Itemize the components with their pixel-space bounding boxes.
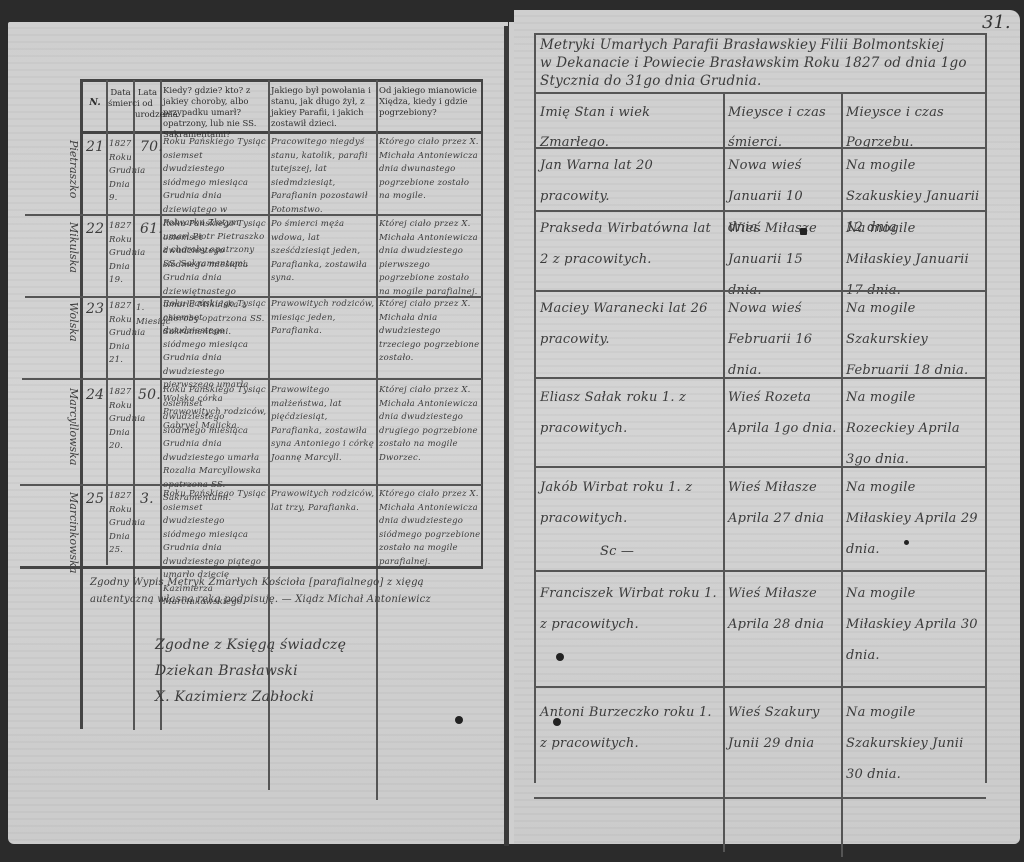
margin-surname: Pietraszko xyxy=(67,140,80,198)
table-right-border xyxy=(985,33,987,783)
title-line-2: w Dekanacie i Powiecie Brasławskim Roku … xyxy=(540,54,985,72)
entry-name: Jan Warna lat 20 pracowity. xyxy=(540,150,720,212)
entry-number: 24 xyxy=(86,384,104,406)
entry-number: 25 xyxy=(86,488,104,510)
entry-age: 61. xyxy=(140,218,163,240)
entry-burial: Której ciało przez X. Michała dnia dwudz… xyxy=(379,298,481,366)
entry-burial: Której ciało przez X. Michała Antoniewic… xyxy=(379,384,481,465)
attestation-signature: X. Kazimierz Zabłocki xyxy=(155,684,314,710)
header-burial: Od jakiego mianowicie Xiędza, kiedy i gd… xyxy=(379,86,481,119)
entry-occupation: Prawowitych rodziców, miesiąc jeden, Par… xyxy=(271,298,375,339)
attestation-line-2: Dziekan Brasławski xyxy=(155,658,298,684)
margin-surname: Wolska xyxy=(67,302,80,342)
margin-surname: Mikulska xyxy=(67,222,80,273)
row-divider xyxy=(534,377,986,379)
ink-blot xyxy=(553,718,561,726)
entry-burial: Którego ciało przez X. Michała Antoniewi… xyxy=(379,488,481,569)
entry-burial: Którego ciało przez X. Michała Antoniewi… xyxy=(379,136,481,204)
entry-place-death: Wieś Szakury Junii 29 dnia xyxy=(728,697,838,759)
ink-blot xyxy=(800,228,807,235)
entry-date: 1827 Roku Grudnia Dnia 20. xyxy=(109,386,133,454)
entry-name: Prakseda Wirbatówna lat 2 z pracowitych. xyxy=(540,213,720,275)
ink-blot xyxy=(556,653,564,661)
entry-name: Eliasz Sałak roku 1. z pracowitych. xyxy=(540,382,720,444)
header-name-status-age: Imię Stan i wiek Zmarłego. xyxy=(540,98,720,158)
header-place-time-burial: Mieysce i czas Pogrzebu. xyxy=(846,98,982,158)
entry-place-death: Wieś Miłasze Aprila 27 dnia xyxy=(728,472,838,534)
entry-occupation: Po śmierci męża wdowa, lat sześćdziesiąt… xyxy=(271,218,375,286)
table-bottom-border xyxy=(534,797,986,799)
entry-number: 21 xyxy=(86,136,104,158)
entry-name: Franciszek Wirbat roku 1. z pracowitych. xyxy=(540,578,720,640)
header-date-of-death: Data śmierci xyxy=(108,88,133,110)
ink-blot xyxy=(455,716,463,724)
title-box-bottom xyxy=(534,92,986,94)
table-left-border xyxy=(80,79,83,729)
entry-age: 3. xyxy=(140,488,154,510)
attestation-line-1: Zgodne z Księgą świadczę xyxy=(155,632,346,658)
header-age: Lata od urodzenia xyxy=(135,88,160,121)
entry-place-burial: Na mogile Miłaskiey Aprila 30 dnia. xyxy=(846,578,982,671)
margin-surname: Marcinkowska xyxy=(67,492,80,573)
header-bottom-border xyxy=(82,131,482,134)
entry-burial: Której ciało przez X. Michała Antoniewic… xyxy=(379,218,481,299)
certification-note: Zgodny Wypis Metryk Zmarłych Kościoła [p… xyxy=(90,574,470,608)
row-divider xyxy=(534,290,986,292)
entry-name: Antoni Burzeczko roku 1. z pracowitych. xyxy=(540,697,720,759)
table-top-border xyxy=(82,79,482,82)
row-divider xyxy=(534,466,986,468)
row-divider xyxy=(534,686,986,688)
entry-occupation: Pracowitego niegdyś stanu, katolik, para… xyxy=(271,136,375,217)
entry-note: Sc — xyxy=(600,536,634,567)
page-number: 31. xyxy=(982,12,1011,33)
register-title: Metryki Umarłych Parafii Brasławskiey Fi… xyxy=(540,36,985,90)
title-line-1: Metryki Umarłych Parafii Brasławskiey Fi… xyxy=(540,36,985,54)
row-divider xyxy=(534,147,986,149)
ink-blot xyxy=(904,540,909,545)
row-divider xyxy=(534,570,986,572)
entry-place-burial: Na mogile Miłaskiey Aprila 29 dnia. xyxy=(846,472,982,565)
header-number: N. xyxy=(84,97,106,108)
entry-place-death: Wieś Miłasze Aprila 28 dnia xyxy=(728,578,838,640)
entry-date: 1827 Roku Grudnia Dnia 25. xyxy=(109,490,133,558)
title-box-top xyxy=(534,33,986,35)
entry-date: 1827 Roku Grudnia Dnia 21. xyxy=(109,300,133,368)
entry-place-burial: Na mogile Szakurskiey Junii 30 dnia. xyxy=(846,697,982,790)
column-divider xyxy=(376,80,378,800)
entry-name: Jakób Wirbat roku 1. z pracowitych. xyxy=(540,472,720,534)
entry-place-burial: Na mogile Szakurskiey Februarii 18 dnia. xyxy=(846,293,982,386)
entry-occupation: Prawowitego małżeństwa, lat pięćdziesiąt… xyxy=(271,384,375,465)
entry-age: 70. xyxy=(140,136,163,158)
entry-date: 1827 Roku Grudnia Dnia 9. xyxy=(109,138,133,206)
column-divider xyxy=(723,92,725,852)
header-circumstances: Kiedy? gdzie? kto? z jakiey choroby, alb… xyxy=(163,86,267,141)
entry-occupation: Prawowitych rodziców, lat trzy, Parafian… xyxy=(271,488,375,515)
column-divider xyxy=(841,92,843,857)
entry-place-death: Wieś Rozeta Aprila 1go dnia. xyxy=(728,382,838,444)
entry-name: Maciey Waranecki lat 26 pracowity. xyxy=(540,293,720,355)
header-occupation: Jakiego był powołania i stanu, jak długo… xyxy=(271,86,375,130)
entry-place-burial: Na mogile Rozeckiey Aprila 3go dnia. xyxy=(846,382,982,475)
row-divider xyxy=(534,210,986,212)
column-divider xyxy=(106,80,108,565)
table-right-border xyxy=(481,79,483,569)
entry-number: 23 xyxy=(86,298,104,320)
header-place-time-death: Mieysce i czas śmierci. xyxy=(728,98,838,158)
entry-age: 1. Miesiąc xyxy=(136,302,160,329)
entry-date: 1827 Roku Grudnia Dnia 19. xyxy=(109,220,133,288)
entry-number: 22 xyxy=(86,218,104,240)
entry-age: 50. xyxy=(138,384,161,406)
column-divider xyxy=(133,80,135,730)
table-left-border xyxy=(534,33,536,783)
title-line-3: Stycznia do 31go dnia Grudnia. xyxy=(540,72,985,90)
margin-surname: Marcyllowska xyxy=(67,388,80,465)
entry-place-death: Nowa wieś Februarii 16 dnia. xyxy=(728,293,838,386)
